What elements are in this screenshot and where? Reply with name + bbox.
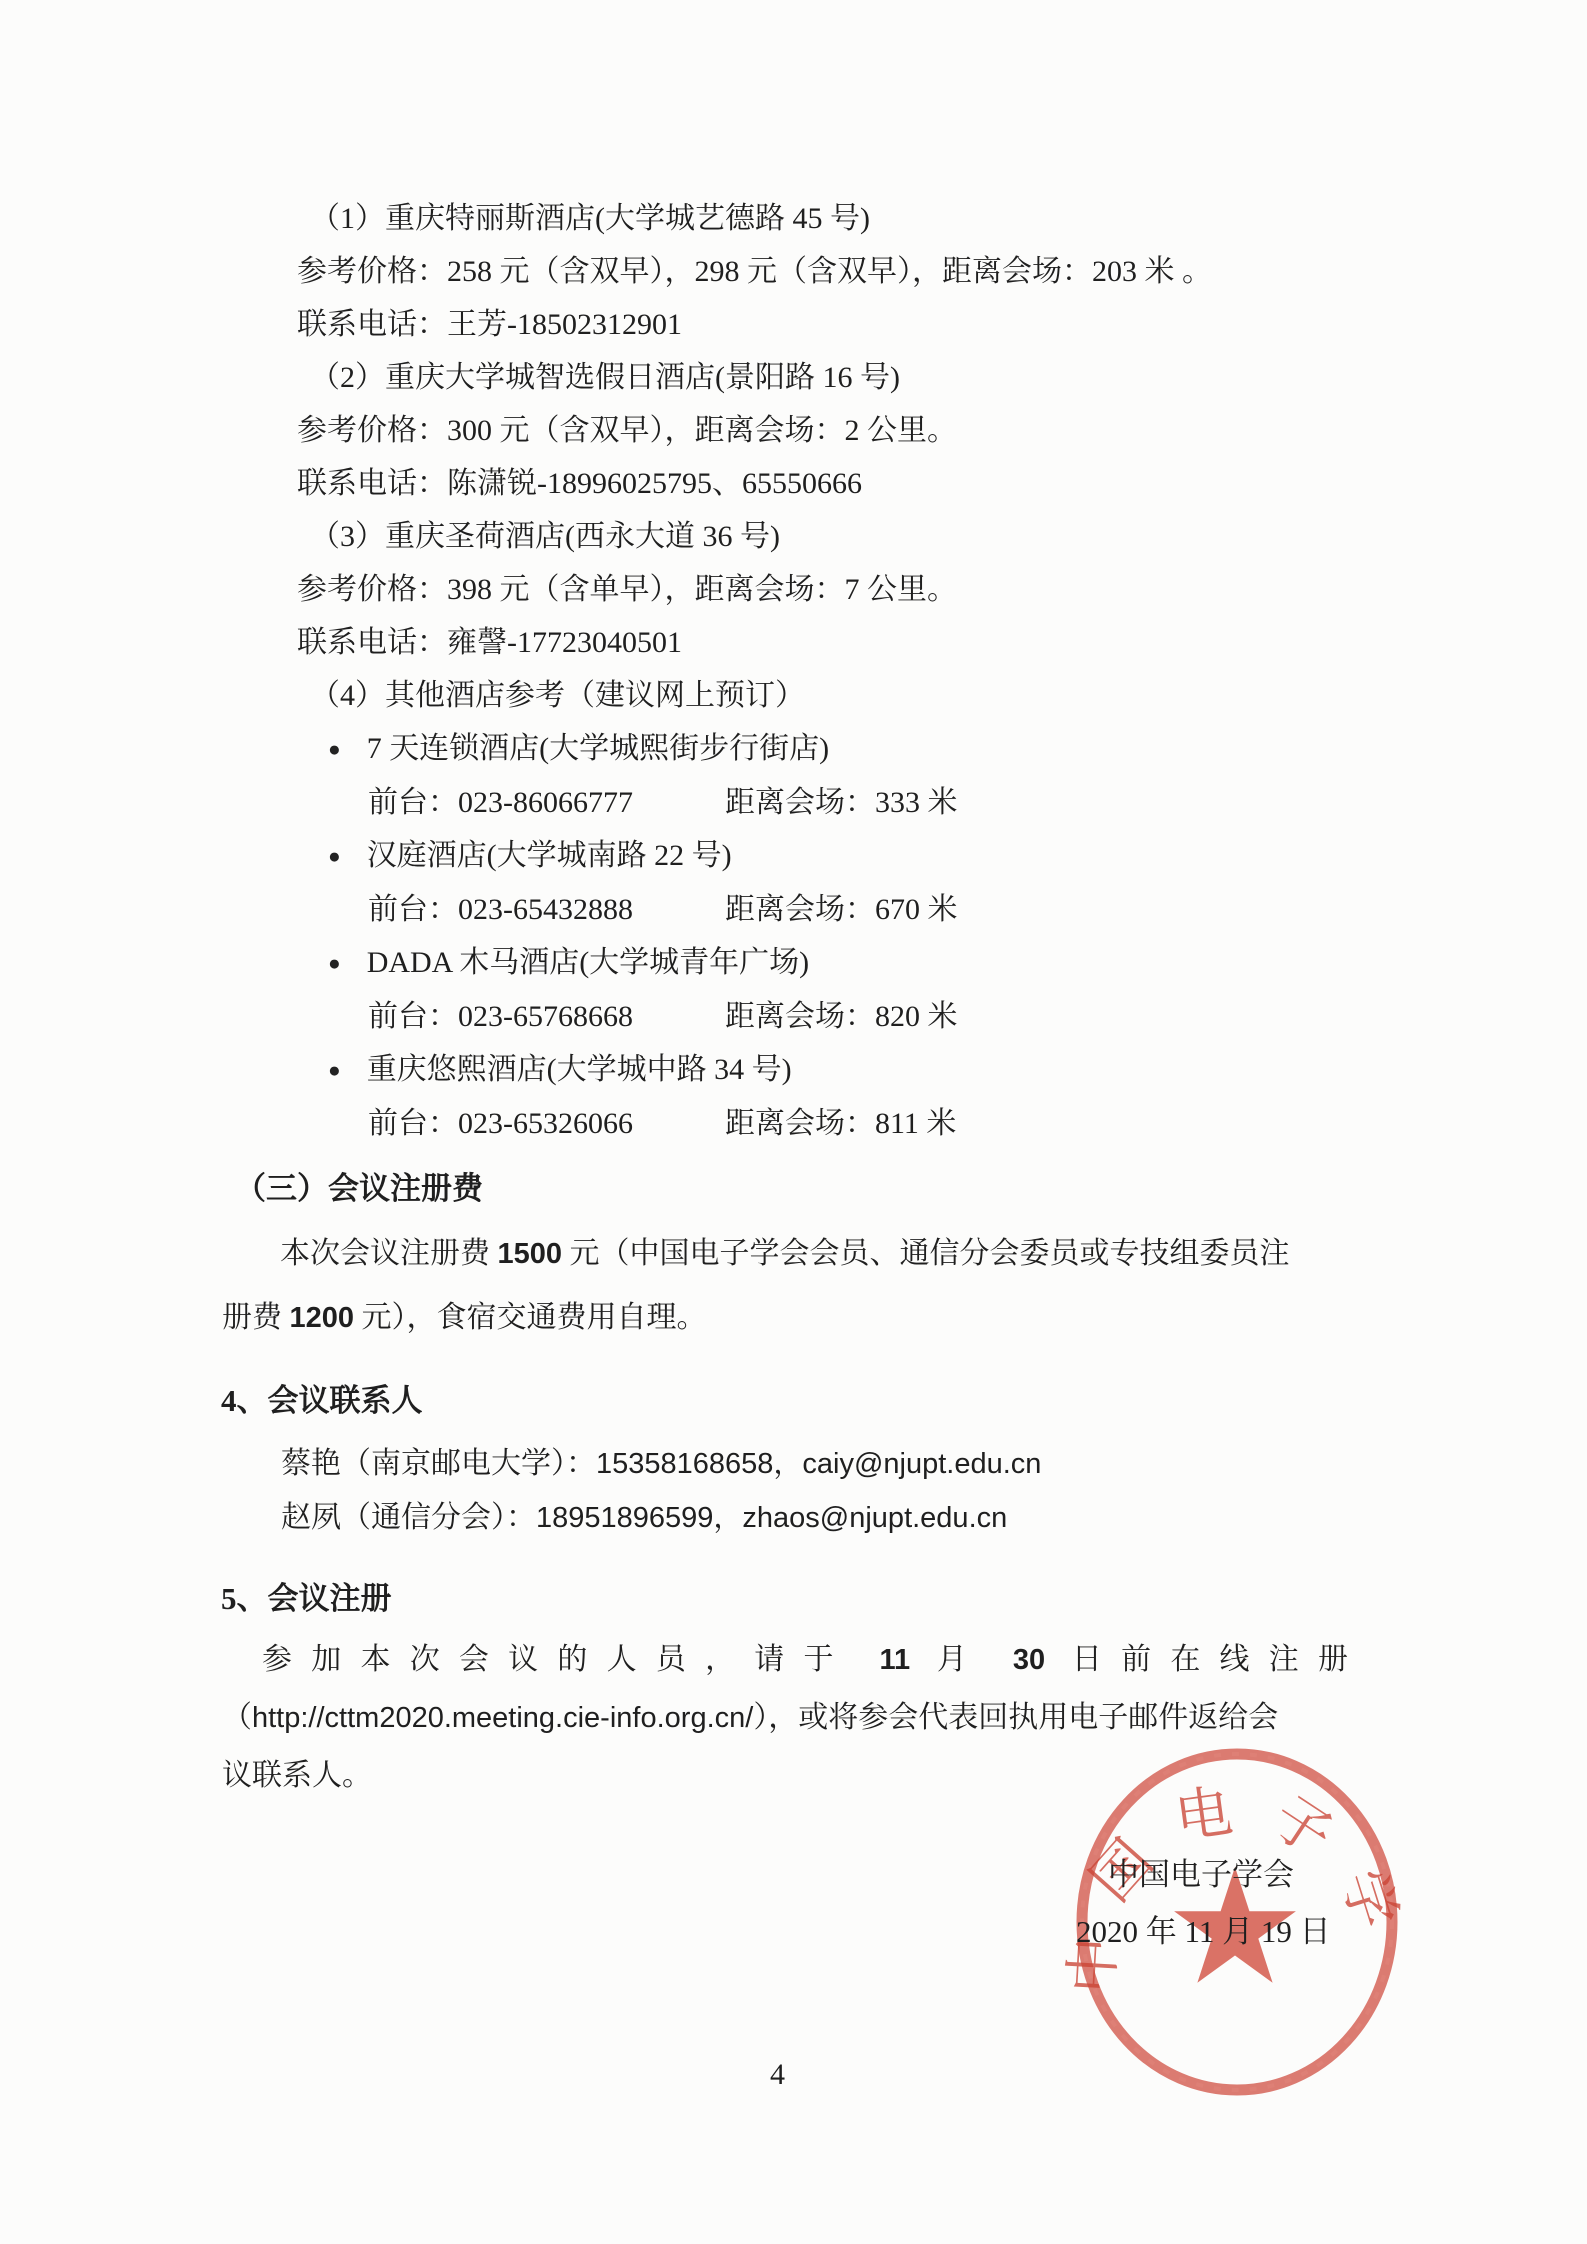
registration-section-heading: 5、会议注册 <box>221 1573 392 1618</box>
bullet-icon: ● <box>328 830 341 883</box>
other-hotel-2-name: 汉庭酒店(大学城南路 22 号) <box>367 839 732 872</box>
deadline-month: 11 <box>880 1644 911 1676</box>
hotel-3-title: （3）重庆圣荷酒店(西永大道 36 号) <box>222 510 1402 563</box>
fee-section-heading: （三）会议注册费 <box>235 1163 483 1208</box>
distance-to-venue: 距离会场：820 米 <box>725 1000 958 1033</box>
contacts-section-heading: 4、会议联系人 <box>221 1375 423 1420</box>
bullet-icon: ● <box>328 1044 341 1097</box>
fee-text: 元（中国电子学会会员、通信分会委员或专技组委员注 <box>562 1237 1290 1270</box>
fee-amount-standard: 1500 <box>498 1238 563 1270</box>
hotel-2-price: 参考价格：300 元（含双早），距离会场：2 公里。 <box>222 404 1402 457</box>
page-number: 4 <box>770 2058 785 2092</box>
signature-organization: 中国电子学会 <box>1108 1849 1294 1894</box>
document-page: （1）重庆特丽斯酒店(大学城艺德路 45 号) 参考价格：258 元（含双早），… <box>0 0 1587 2244</box>
bullet-icon: ● <box>328 723 341 776</box>
fee-paragraph-line2: 册费 1200 元），食宿交通费用自理。 <box>222 1286 1362 1350</box>
contact-list: 蔡艳（南京邮电大学）：15358168658，caiy@njupt.edu.cn… <box>281 1437 1381 1545</box>
other-hotel-3-detail: 前台：023-65768668距离会场：820 米 <box>222 990 1402 1043</box>
list-item: ●DADA 木马酒店(大学城青年广场) <box>222 936 1402 990</box>
fee-text: 册费 <box>222 1301 290 1334</box>
fee-text: 元），食宿交通费用自理。 <box>354 1301 707 1334</box>
fee-text: 本次会议注册费 <box>280 1237 498 1270</box>
list-item: ●重庆悠熙酒店(大学城中路 34 号) <box>222 1043 1402 1097</box>
reg-text: ），或将参会代表回执用电子邮件返给会 <box>753 1701 1278 1734</box>
list-item: ●汉庭酒店(大学城南路 22 号) <box>222 829 1402 883</box>
other-hotels-title: （4）其他酒店参考（建议网上预订） <box>222 669 1402 722</box>
distance-to-venue: 距离会场：670 米 <box>725 893 958 926</box>
contact-name: 赵夙（通信分会）： <box>281 1501 536 1534</box>
other-hotel-4-detail: 前台：023-65326066距离会场：811 米 <box>222 1097 1402 1150</box>
registration-line1: 参加本次会议的人员，请于 11 月 30 日前在线注册 <box>222 1631 1348 1689</box>
fee-paragraph: 本次会议注册费 1500 元（中国电子学会会员、通信分会委员或专技组委员注 册费… <box>222 1222 1362 1350</box>
other-hotel-3-name: DADA 木马酒店(大学城青年广场) <box>367 946 810 979</box>
registration-url: http://cttm2020.meeting.cie-info.org.cn/ <box>252 1702 753 1734</box>
other-hotel-4-name: 重庆悠熙酒店(大学城中路 34 号) <box>367 1053 792 1086</box>
contact-phone-email: 15358168658，caiy@njupt.edu.cn <box>596 1448 1041 1480</box>
reg-text: 月 <box>910 1643 1013 1676</box>
hotel-3-price: 参考价格：398 元（含单早），距离会场：7 公里。 <box>222 563 1402 616</box>
contact-phone-email: 18951896599，zhaos@njupt.edu.cn <box>536 1502 1007 1534</box>
contact-person-2: 赵夙（通信分会）：18951896599，zhaos@njupt.edu.cn <box>281 1491 1381 1545</box>
front-desk-phone: 前台：023-86066777 <box>368 786 633 819</box>
reg-text: 参加本次会议的人员，请于 <box>262 1643 880 1676</box>
signature-date: 2020 年 11 月 19 日 <box>1076 1906 1331 1951</box>
deadline-day: 30 <box>1013 1644 1045 1676</box>
front-desk-phone: 前台：023-65432888 <box>368 893 633 926</box>
hotel-3-phone: 联系电话：雍謦-17723040501 <box>222 616 1402 669</box>
other-hotel-2-detail: 前台：023-65432888距离会场：670 米 <box>222 883 1402 936</box>
hotel-1-phone: 联系电话：王芳-18502312901 <box>222 298 1402 351</box>
list-item: ●7 天连锁酒店(大学城熙街步行街店) <box>222 722 1402 776</box>
contact-person-1: 蔡艳（南京邮电大学）：15358168658，caiy@njupt.edu.cn <box>281 1437 1381 1491</box>
reg-text: 日前在线注册 <box>1045 1643 1348 1676</box>
front-desk-phone: 前台：023-65768668 <box>368 1000 633 1033</box>
hotel-2-phone: 联系电话：陈潇锐-18996025795、65550666 <box>222 457 1402 510</box>
bullet-icon: ● <box>328 937 341 990</box>
front-desk-phone: 前台：023-65326066 <box>368 1107 633 1140</box>
fee-paragraph-line1: 本次会议注册费 1500 元（中国电子学会会员、通信分会委员或专技组委员注 <box>222 1222 1362 1286</box>
hotel-list: （1）重庆特丽斯酒店(大学城艺德路 45 号) 参考价格：258 元（含双早），… <box>222 192 1402 1150</box>
other-hotel-1-detail: 前台：023-86066777距离会场：333 米 <box>222 776 1402 829</box>
hotel-2-title: （2）重庆大学城智选假日酒店(景阳路 16 号) <box>222 351 1402 404</box>
contact-name: 蔡艳（南京邮电大学）： <box>281 1447 596 1480</box>
hotel-1-price: 参考价格：258 元（含双早），298 元（含双早），距离会场：203 米 。 <box>222 245 1402 298</box>
distance-to-venue: 距离会场：811 米 <box>725 1107 956 1140</box>
reg-text: （ <box>222 1701 252 1734</box>
distance-to-venue: 距离会场：333 米 <box>725 786 958 819</box>
fee-amount-member: 1200 <box>290 1302 355 1334</box>
hotel-1-title: （1）重庆特丽斯酒店(大学城艺德路 45 号) <box>222 192 1402 245</box>
other-hotel-1-name: 7 天连锁酒店(大学城熙街步行街店) <box>367 732 829 765</box>
